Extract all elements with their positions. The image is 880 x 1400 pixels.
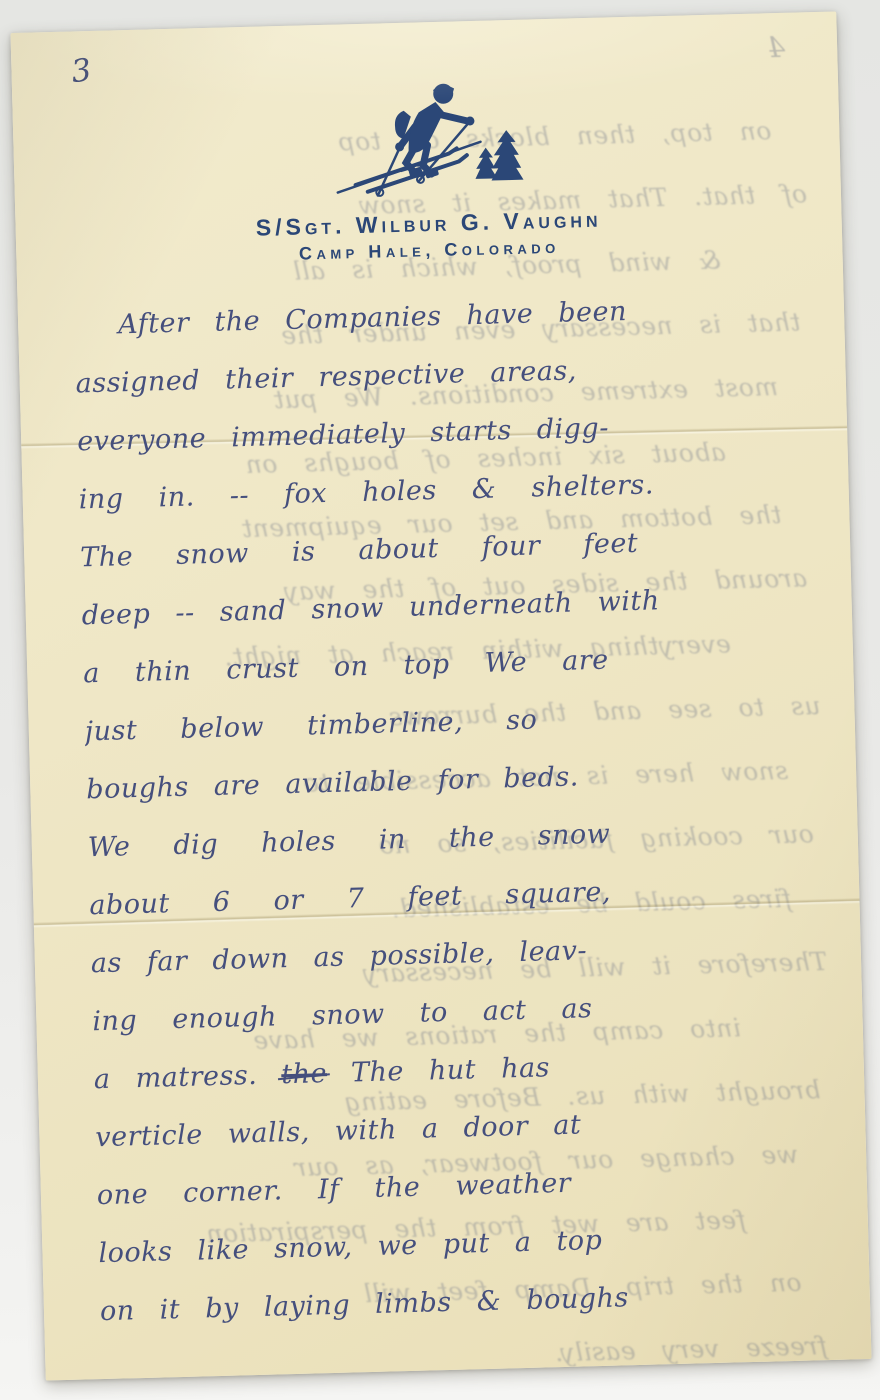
letter-text: The hut has: [351, 1052, 551, 1088]
letter-sheet: on top, then blocks on top of that. That…: [10, 11, 871, 1380]
struck-word: the: [281, 1058, 328, 1090]
skier-logo-icon: [318, 47, 534, 210]
letter-text: a matress.: [94, 1060, 258, 1095]
letter-body: After the Companies have been assigned t…: [73, 278, 836, 1341]
letterhead: S/Sgt. Wilbur G. Vaughn Camp Hale, Color…: [11, 39, 842, 272]
